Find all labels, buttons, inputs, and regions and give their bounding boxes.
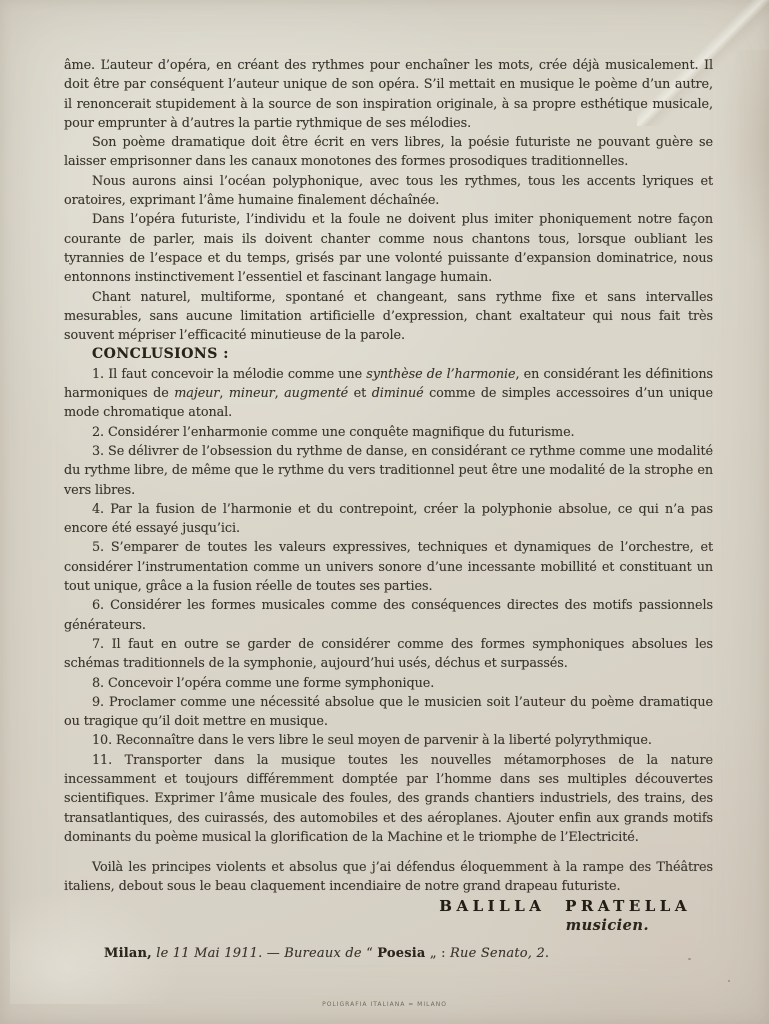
conclusion-item: 3. Se délivrer de l’obsession du rythme … xyxy=(64,442,713,500)
signature-name: BALILLA PRATELLA xyxy=(64,897,713,916)
body-paragraph: Nous aurons ainsi l’océan polyphonique, … xyxy=(64,172,713,211)
conclusion-item: 10. Reconnaître dans le vers libre le se… xyxy=(64,731,713,750)
conclusion-item: 7. Il faut en outre se garder de considé… xyxy=(64,635,713,674)
conclusion-item: 11. Transporter dans la musique toutes l… xyxy=(64,751,713,847)
conclusions-heading: CONCLUSIONS : xyxy=(64,345,713,364)
closing-paragraph: Voilà les principes violents et absolus … xyxy=(64,858,713,897)
conclusion-item: 2. Considérer l’enharmonie comme une con… xyxy=(64,423,713,442)
printer-imprint: POLIGRAFIA ITALIANA = MILANO xyxy=(0,1001,769,1008)
conclusion-item: 5. S’emparer de toutes les valeurs expre… xyxy=(64,538,713,596)
body-paragraph: Son poème dramatique doit être écrit en … xyxy=(64,133,713,172)
dateline: Milan, le 11 Mai 1911. — Bureaux de “ Po… xyxy=(64,944,713,963)
conclusion-item: 8. Concevoir l’opéra comme une forme sym… xyxy=(64,674,713,693)
conclusion-item: 9. Proclamer comme une nécessité absolue… xyxy=(64,693,713,732)
conclusion-item: 6. Considérer les formes musicales comme… xyxy=(64,596,713,635)
body-paragraph: Chant naturel, multiforme, spontané et c… xyxy=(64,288,713,346)
conclusion-item: 1. Il faut concevoir la mélodie comme un… xyxy=(64,365,713,423)
body-paragraph: âme. L’auteur d’opéra, en créant des ryt… xyxy=(64,56,713,133)
body-paragraph: Dans l’opéra futuriste, l’individu et la… xyxy=(64,210,713,287)
paper-speck xyxy=(728,980,730,982)
signature-role: musicien. xyxy=(64,916,713,935)
conclusion-item: 4. Par la fusion de l’harmonie et du con… xyxy=(64,500,713,539)
text-block: âme. L’auteur d’opéra, en créant des ryt… xyxy=(64,56,713,964)
paper-stain xyxy=(723,50,769,270)
document-page: âme. L’auteur d’opéra, en créant des ryt… xyxy=(0,0,769,1024)
